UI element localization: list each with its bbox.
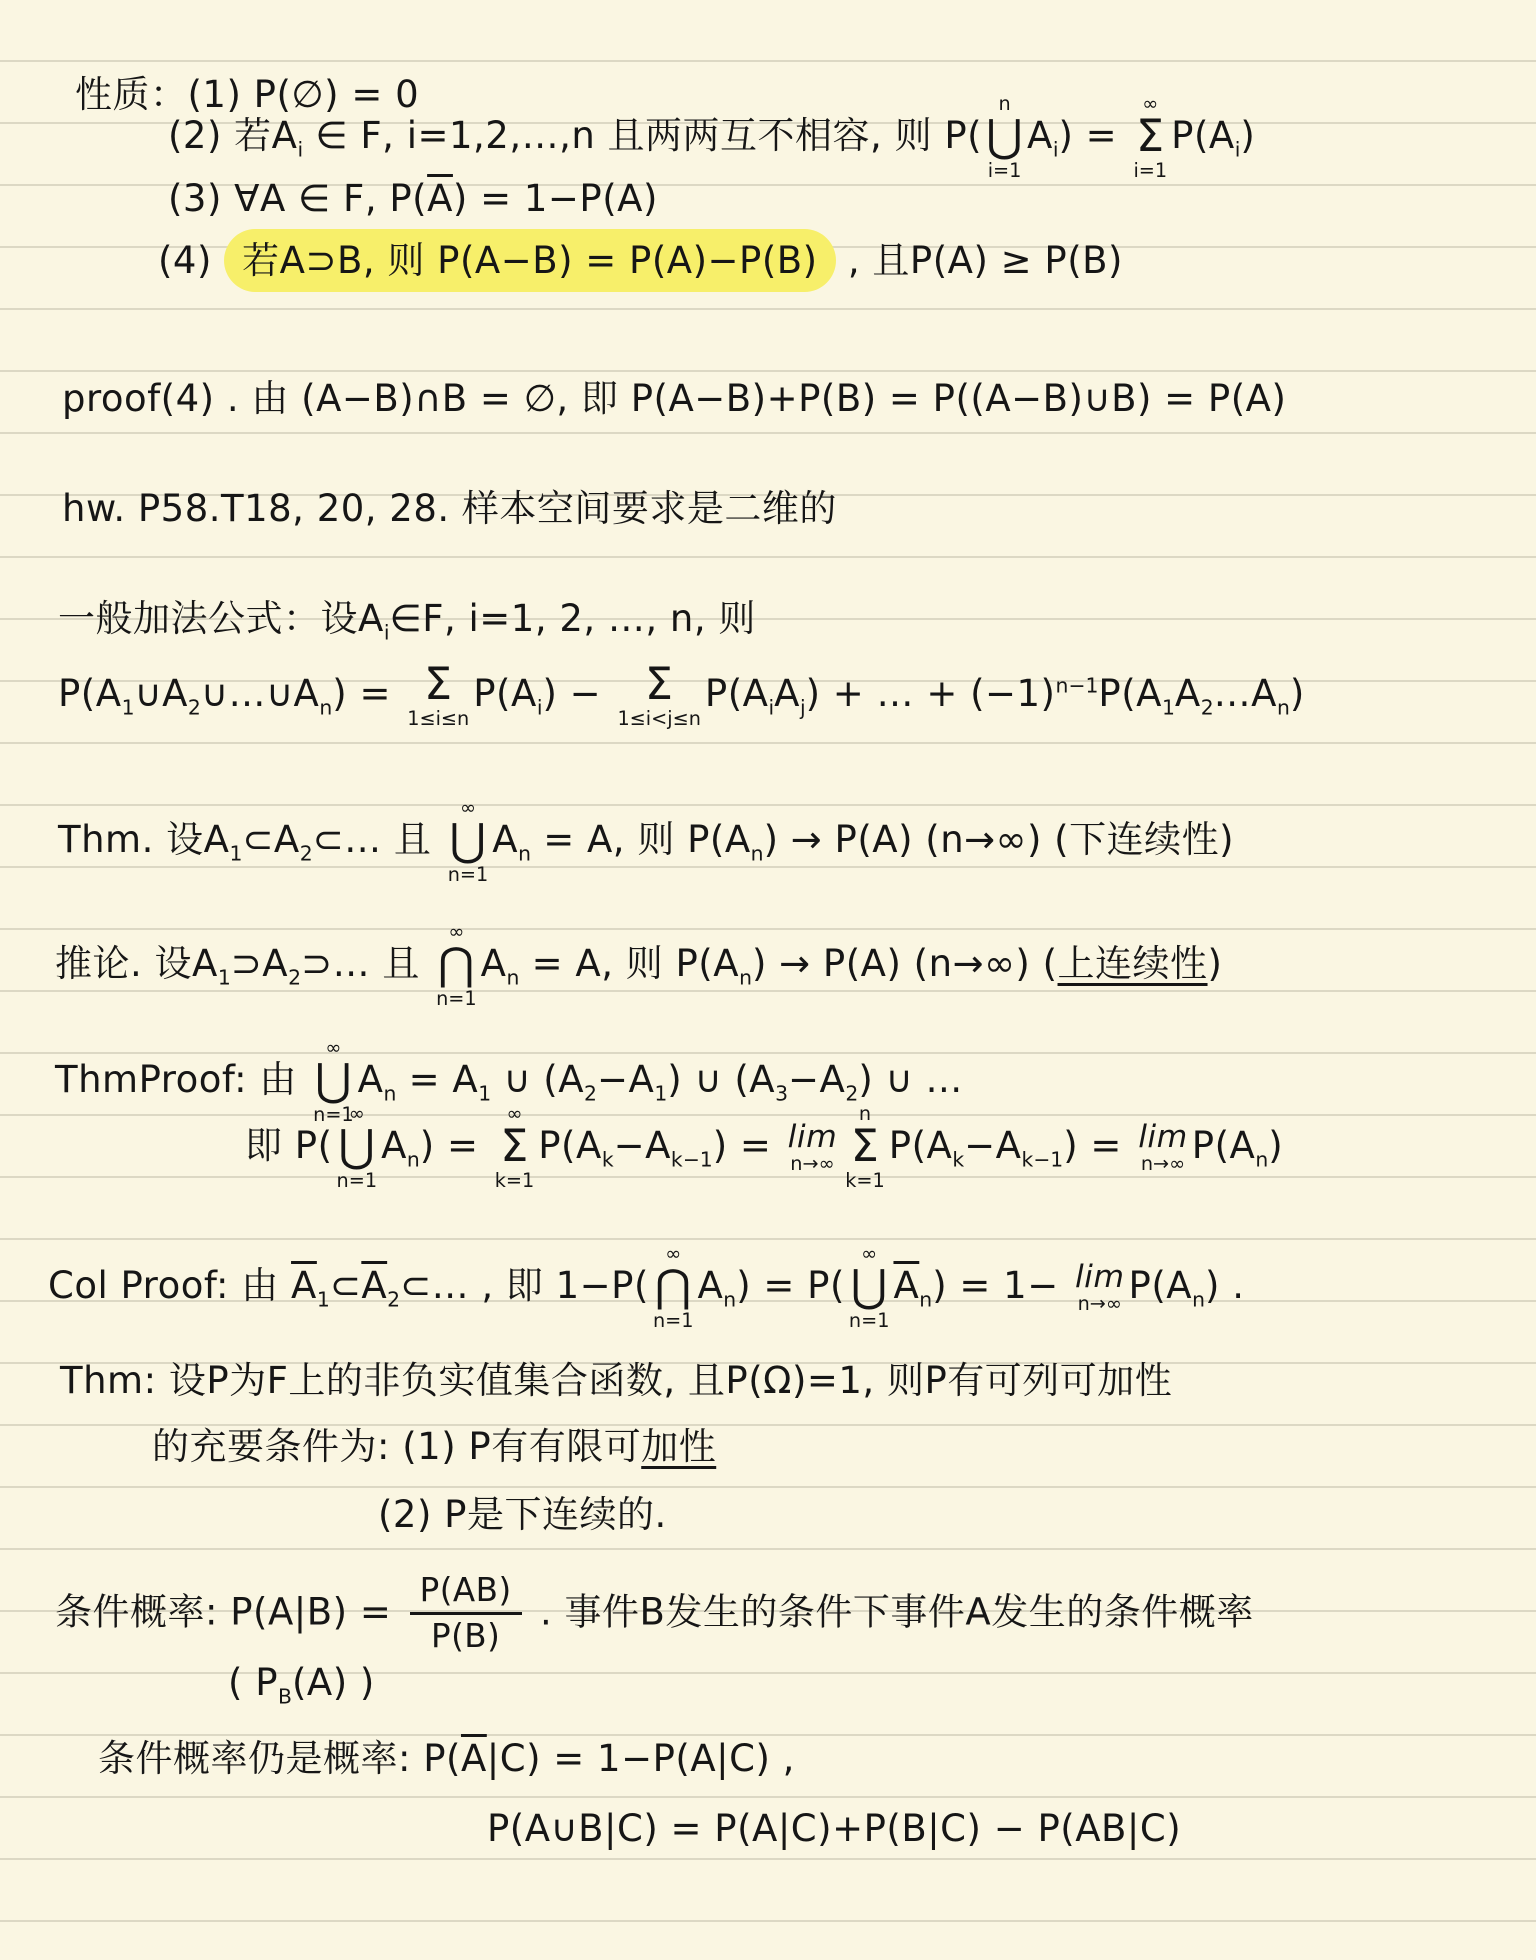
text-run: ⊃… 且: [301, 942, 432, 985]
corollary-upper-continuity: 推论. 设A1⊃A2⊃… 且 ∞⋂n=1An = A, 则 P(An) → P(…: [55, 922, 1222, 1009]
text-run: 即 P(: [245, 1124, 333, 1167]
subscript: 2: [1201, 695, 1214, 719]
theorem-lower-continuity: Thm. 设A1⊂A2⊂… 且 ∞⋃n=1An = A, 则 P(An) → P…: [58, 798, 1234, 885]
text-run: A: [697, 1264, 723, 1307]
stack-lower-limit: i=1: [1133, 161, 1167, 181]
text-run: P(A: [58, 672, 122, 715]
text-run: ) = P(: [736, 1264, 845, 1307]
text-run: . 事件B发生的条件下事件A发生的条件概率: [528, 1590, 1254, 1633]
stack-operator: lim: [1075, 1261, 1125, 1294]
text-run: P(A: [1129, 1264, 1193, 1307]
stack-lower-limit: n=1: [337, 1171, 378, 1191]
text-run: ): [1208, 942, 1223, 985]
fraction: P(AB)P(B): [410, 1572, 522, 1656]
stack-lower-limit: n→∞: [1078, 1294, 1122, 1314]
fraction-denominator: P(B): [431, 1615, 500, 1655]
corollary-proof: Col Proof: 由 A1⊂A2⊂… , 即 1−P(∞⋂n=1An) = …: [48, 1244, 1244, 1331]
text-run: ∈ F, i=1,2,…,n 且两两互不相容, 则 P(: [303, 114, 982, 157]
subscript: n: [506, 965, 519, 989]
text-run: P(A: [1171, 114, 1235, 157]
text-run: ): [1290, 672, 1305, 715]
math-operator-stack: ∞⋃n=1: [849, 1244, 890, 1331]
text-run: 若A⊃B, 则 P(A−B) = P(A)−P(B): [242, 239, 817, 282]
notebook-page: 性质：(1) P(∅) = 0(2) 若Ai ∈ F, i=1,2,…,n 且两…: [0, 0, 1536, 1960]
subscript: 2: [188, 695, 201, 719]
text-run: ) =: [332, 672, 403, 715]
subscript: n: [319, 695, 332, 719]
theorem-equivalence-line-2: 的充要条件为: (1) P有有限可加性: [152, 1424, 716, 1470]
subscript: 1: [122, 695, 135, 719]
text-run: ∈F, i=1, 2, …, n, 则: [389, 597, 755, 640]
text-run: −A: [964, 1124, 1021, 1167]
stack-lower-limit: n=1: [653, 1311, 694, 1331]
subscript: 1: [218, 965, 231, 989]
text-run: (A) ): [292, 1661, 375, 1704]
text-run: (2) 若A: [168, 114, 297, 157]
text-run: ) = 1−P(A): [453, 177, 658, 220]
text-run: ⊃A: [231, 942, 288, 985]
text-run: A: [774, 672, 800, 715]
stack-operator: ⋂: [655, 1264, 692, 1311]
text-run: = A, 则 P(A: [519, 942, 739, 985]
subscript: n: [739, 965, 752, 989]
text-run: ∪…∪A: [201, 672, 319, 715]
stack-lower-limit: n→∞: [790, 1154, 834, 1174]
math-operator-stack: Σ1≤i≤n: [407, 662, 469, 729]
superscript: n−1: [1056, 674, 1099, 698]
subscript: 1: [478, 1081, 491, 1105]
stack-operator: Σ: [424, 662, 453, 709]
text-run: ∪ (A: [491, 1058, 584, 1101]
text-run: −A: [614, 1124, 671, 1167]
math-operator-stack: ∞⋂n=1: [653, 1244, 694, 1331]
math-operator-stack: Σ1≤i<j≤n: [617, 662, 700, 729]
text-run: , 且P(A) ≥ P(B): [836, 239, 1123, 282]
stack-operator: lim: [1138, 1121, 1188, 1154]
text-run: 推论. 设A: [55, 942, 218, 985]
overbar-text: A: [291, 1264, 317, 1307]
subscript: n: [751, 841, 764, 865]
subscript: 2: [288, 965, 301, 989]
text-run: ) + … + (−1): [806, 672, 1056, 715]
underlined-text: 加性: [641, 1425, 716, 1468]
text-run: A: [1175, 672, 1201, 715]
overbar-text: A: [427, 177, 453, 220]
fraction-numerator: P(AB): [410, 1572, 522, 1615]
subscript: 2: [387, 1287, 400, 1311]
stack-operator: ⋃: [851, 1264, 888, 1311]
text-run: ) .: [1205, 1264, 1244, 1307]
text-run: ∪A: [135, 672, 188, 715]
text-run: ) ∪ (A: [667, 1058, 775, 1101]
math-operator-stack: nΣk=1: [845, 1104, 885, 1191]
subscript: k: [602, 1147, 614, 1171]
addition-formula: P(A1∪A2∪…∪An) = Σ1≤i≤nP(Ai) − Σ1≤i<j≤nP(…: [58, 662, 1305, 729]
overbar-text: A: [461, 1737, 487, 1780]
text-run: ) → P(A) (n→∞) (下连续性): [764, 818, 1235, 861]
text-run: A: [481, 942, 507, 985]
overbar-text: A: [361, 1264, 387, 1307]
stack-lower-limit: n→∞: [1141, 1154, 1185, 1174]
stack-operator: lim: [788, 1121, 838, 1154]
math-operator-stack: ∞Σk=1: [495, 1104, 535, 1191]
text-run: 条件概率仍是概率: P(: [98, 1737, 461, 1780]
text-run: ) → P(A) (n→∞) (: [752, 942, 1058, 985]
conditional-probability-property-2: P(A∪B|C) = P(A|C)+P(B|C) − P(AB|C): [487, 1806, 1181, 1852]
text-run: A: [492, 818, 518, 861]
text-run: ⊂… 且: [313, 818, 444, 861]
subscript: n: [518, 841, 531, 865]
text-run: ) −: [542, 672, 613, 715]
text-run: ThmProof: 由: [55, 1058, 309, 1101]
stack-lower-limit: 1≤i<j≤n: [617, 709, 700, 729]
stack-operator: ⋃: [986, 114, 1023, 161]
subscript: k−1: [1021, 1147, 1063, 1171]
highlight-marker: 若A⊃B, 则 P(A−B) = P(A)−P(B): [224, 229, 835, 292]
text-run: = A, 则 P(A: [531, 818, 751, 861]
addition-formula-intro: 一般加法公式：设Ai∈F, i=1, 2, …, n, 则: [58, 596, 756, 646]
stack-lower-limit: k=1: [495, 1171, 535, 1191]
text-run: P(A: [889, 1124, 953, 1167]
conditional-probability-definition: 条件概率: P(A|B) = P(AB)P(B) . 事件B发生的条件下事件A发…: [55, 1572, 1254, 1656]
text-run: P(A: [1098, 672, 1162, 715]
text-run: P(A: [473, 672, 537, 715]
text-run: ) =: [1058, 114, 1129, 157]
theorem-equivalence-line-3: (2) P是下连续的.: [378, 1492, 667, 1538]
text-run: Thm: 设P为F上的非负实值集合函数, 且P(Ω)=1, 则P有可列可加性: [60, 1359, 1172, 1402]
subscript: n: [919, 1287, 932, 1311]
text-run: 一般加法公式：设A: [58, 597, 384, 640]
subscript: n: [407, 1147, 420, 1171]
text-run: −A: [788, 1058, 845, 1101]
subscript: n: [383, 1081, 396, 1105]
stack-lower-limit: n=1: [436, 989, 477, 1009]
subscript: n: [1192, 1287, 1205, 1311]
stack-lower-limit: n=1: [849, 1311, 890, 1331]
text-run: ) = 1−: [932, 1264, 1071, 1307]
text-run: …A: [1214, 672, 1277, 715]
text-run: ⊂A: [242, 818, 299, 861]
text-run: ⊂: [330, 1264, 362, 1307]
subscript: 2: [845, 1081, 858, 1105]
subscript: n: [1255, 1147, 1268, 1171]
text-run: (4): [158, 239, 224, 282]
theorem-proof-line-2: 即 P(∞⋃n=1An) = ∞Σk=1P(Ak−Ak−1) = limn→∞n…: [245, 1104, 1283, 1191]
text-run: ): [1268, 1124, 1283, 1167]
text-run: A: [358, 1058, 384, 1101]
text-run: A: [381, 1124, 407, 1167]
stack-operator: ⋃: [338, 1124, 375, 1171]
stack-operator: Σ: [851, 1124, 880, 1171]
text-run: Col Proof: 由: [48, 1264, 291, 1307]
text-run: (2) P是下连续的.: [378, 1493, 667, 1536]
subscript: 1: [317, 1287, 330, 1311]
subscript: 1: [229, 841, 242, 865]
math-operator-stack: n⋃i=1: [986, 94, 1023, 181]
subscript: 2: [584, 1081, 597, 1105]
text-run: hw. P58.T18, 20, 28. 样本空间要求是二维的: [62, 487, 837, 530]
text-run: A: [1027, 114, 1053, 157]
stack-operator: Σ: [645, 662, 674, 709]
text-run: = A: [396, 1058, 478, 1101]
subscript: k: [952, 1147, 964, 1171]
text-run: ) =: [713, 1124, 784, 1167]
text-run: P(A∪B|C) = P(A|C)+P(B|C) − P(AB|C): [487, 1807, 1181, 1850]
stack-lower-limit: 1≤i≤n: [407, 709, 469, 729]
text-run: ) =: [1063, 1124, 1134, 1167]
property-3: (3) ∀A ∈ F, P(A) = 1−P(A): [168, 176, 658, 222]
text-run: |C) = 1−P(A|C) ,: [487, 1737, 795, 1780]
text-run: ): [1240, 114, 1255, 157]
text-run: −A: [597, 1058, 654, 1101]
text-run: P(A: [538, 1124, 602, 1167]
subscript: n: [723, 1287, 736, 1311]
text-run: P(A: [1192, 1124, 1256, 1167]
text-run: ) =: [420, 1124, 491, 1167]
math-operator-stack: ∞Σi=1: [1133, 94, 1167, 181]
conditional-probability-notation: ( PB(A) ): [228, 1660, 375, 1710]
text-run: proof(4) . 由 (A−B)∩B = ∅, 即 P(A−B)+P(B) …: [62, 377, 1286, 420]
stack-operator: ⋂: [438, 942, 475, 989]
subscript: 1: [1162, 695, 1175, 719]
stack-lower-limit: n=1: [448, 865, 489, 885]
text-run: Thm. 设A: [58, 818, 229, 861]
property-4: (4) 若A⊃B, 则 P(A−B) = P(A)−P(B) , 且P(A) ≥…: [158, 238, 1123, 284]
math-operator-stack: limn→∞: [1138, 1121, 1188, 1174]
stack-operator: Σ: [500, 1124, 529, 1171]
stack-lower-limit: k=1: [845, 1171, 885, 1191]
overbar-text: A: [893, 1264, 919, 1307]
math-operator-stack: ∞⋂n=1: [436, 922, 477, 1009]
text-run: (3) ∀A ∈ F, P(: [168, 177, 427, 220]
text-run: P(A: [705, 672, 769, 715]
text-run: ( P: [228, 1661, 278, 1704]
subscript: n: [1277, 695, 1290, 719]
subscript: B: [278, 1684, 292, 1708]
text-run: ⊂… , 即 1−P(: [400, 1264, 649, 1307]
stack-operator: ⋃: [450, 818, 487, 865]
stack-operator: ⋃: [315, 1058, 352, 1105]
subscript: 1: [654, 1081, 667, 1105]
subscript: 2: [300, 841, 313, 865]
proof-of-property-4: proof(4) . 由 (A−B)∩B = ∅, 即 P(A−B)+P(B) …: [62, 376, 1286, 422]
text-run: 条件概率: P(A|B) =: [55, 1590, 404, 1633]
theorem-equivalence-line-1: Thm: 设P为F上的非负实值集合函数, 且P(Ω)=1, 则P有可列可加性: [60, 1358, 1172, 1404]
subscript: k−1: [671, 1147, 713, 1171]
underlined-text: 上连续性: [1058, 942, 1208, 985]
stack-operator: Σ: [1136, 114, 1165, 161]
homework-note: hw. P58.T18, 20, 28. 样本空间要求是二维的: [62, 486, 837, 532]
math-operator-stack: limn→∞: [788, 1121, 838, 1174]
conditional-probability-property-1: 条件概率仍是概率: P(A|C) = 1−P(A|C) ,: [98, 1736, 795, 1782]
math-operator-stack: limn→∞: [1075, 1261, 1125, 1314]
stack-lower-limit: i=1: [988, 161, 1022, 181]
math-operator-stack: ∞⋃n=1: [337, 1104, 378, 1191]
text-run: 的充要条件为: (1) P有有限可: [152, 1425, 641, 1468]
text-run: ) ∪ …: [858, 1058, 963, 1101]
math-operator-stack: ∞⋃n=1: [448, 798, 489, 885]
subscript: 3: [775, 1081, 788, 1105]
property-2: (2) 若Ai ∈ F, i=1,2,…,n 且两两互不相容, 则 P(n⋃i=…: [168, 94, 1255, 181]
